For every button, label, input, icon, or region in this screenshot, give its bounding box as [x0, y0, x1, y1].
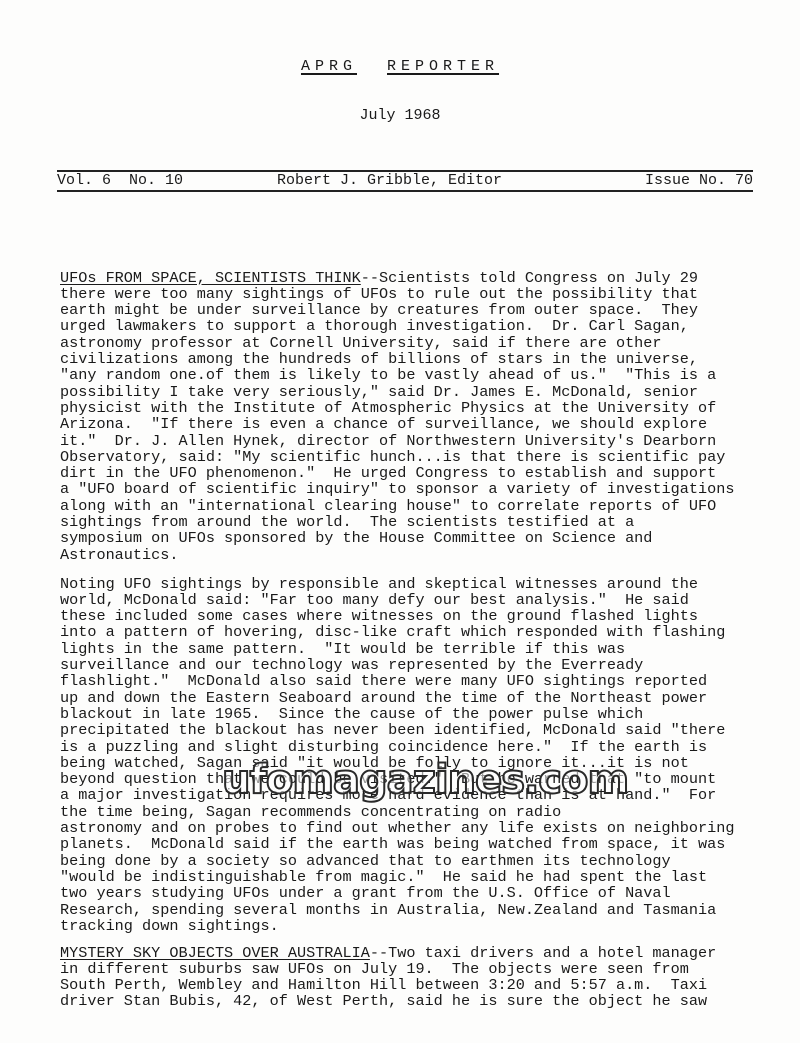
- text-line: "any random one.of them is likely to be …: [60, 366, 716, 384]
- text-line: being done by a society so advanced that…: [60, 852, 671, 870]
- text-line: dirt in the UFO phenomenon." He urged Co…: [60, 464, 716, 482]
- article-paragraph: UFOs FROM SPACE, SCIENTISTS THINK--Scien…: [60, 270, 780, 563]
- text-line: blackout in late 1965. Since the cause o…: [60, 705, 643, 723]
- volume-number: Vol. 6 No. 10: [57, 172, 183, 190]
- text-line: up and down the Eastern Seaboard around …: [60, 689, 707, 707]
- text-line: it." Dr. J. Allen Hynek, director of Nor…: [60, 432, 716, 450]
- text-line: world, McDonald said: "Far too many defy…: [60, 591, 689, 609]
- article-paragraph: MYSTERY SKY OBJECTS OVER AUSTRALIA--Two …: [60, 945, 780, 1010]
- issue-date: July 1968: [0, 107, 800, 124]
- text-line: --Scientists told Congress on July 29: [361, 269, 698, 287]
- article-ufos-from-space-continued: Noting UFO sightings by responsible and …: [60, 543, 780, 967]
- masthead-title-reporter: REPORTER: [387, 58, 499, 75]
- text-line: being watched, Sagan said "it would be f…: [60, 754, 689, 772]
- article-headline: MYSTERY SKY OBJECTS OVER AUSTRALIA: [60, 944, 370, 962]
- text-line: these included some cases where witnesse…: [60, 607, 698, 625]
- article-paragraph: Noting UFO sightings by responsible and …: [60, 576, 780, 935]
- text-line: into a pattern of hovering, disc-like cr…: [60, 623, 725, 641]
- text-line: Arizona. "If there is even a chance of s…: [60, 415, 707, 433]
- article-mystery-sky-objects: MYSTERY SKY OBJECTS OVER AUSTRALIA--Two …: [60, 912, 780, 1042]
- article-headline: UFOs FROM SPACE, SCIENTISTS THINK: [60, 269, 361, 287]
- text-line: civilizations among the hundreds of bill…: [60, 350, 698, 368]
- issue-number: Issue No. 70: [645, 172, 753, 190]
- text-line: Observatory, said: "My scientific hunch.…: [60, 448, 725, 466]
- text-line: a "UFO board of scientific inquiry" to s…: [60, 480, 734, 498]
- text-line: astronomy and on probes to find out whet…: [60, 819, 734, 837]
- text-line: is a puzzling and slight disturbing coin…: [60, 738, 707, 756]
- text-line: two years studying UFOs under a grant fr…: [60, 884, 671, 902]
- masthead-title: APRGREPORTER: [0, 58, 800, 75]
- text-line: surveillance and our technology was repr…: [60, 656, 643, 674]
- text-line: lights in the same pattern. "It would be…: [60, 640, 625, 658]
- text-line: sightings from around the world. The sci…: [60, 513, 634, 531]
- text-line: earth might be under surveillance by cre…: [60, 301, 698, 319]
- text-line: the time being, Sagan recommends concent…: [60, 803, 561, 821]
- text-line: along with an "international clearing ho…: [60, 497, 716, 515]
- text-line: flashlight." McDonald also said there we…: [60, 672, 707, 690]
- text-line: precipitated the blackout has never been…: [60, 721, 725, 739]
- editor-name: Robert J. Gribble, Editor: [277, 172, 502, 190]
- text-line: "would be indistinguishable from magic."…: [60, 868, 707, 886]
- text-line: --Two taxi drivers and a hotel manager: [370, 944, 716, 962]
- newsletter-page: APRGREPORTER July 1968 Vol. 6 No. 10 Rob…: [0, 0, 800, 1043]
- text-line: a major investigation requires more hard…: [60, 786, 716, 804]
- text-line: in different suburbs saw UFOs on July 19…: [60, 960, 689, 978]
- text-line: physicist with the Institute of Atmosphe…: [60, 399, 716, 417]
- info-bar: Vol. 6 No. 10 Robert J. Gribble, Editor …: [57, 170, 753, 192]
- text-line: South Perth, Wembley and Hamilton Hill b…: [60, 976, 707, 994]
- text-line: urged lawmakers to support a thorough in…: [60, 317, 689, 335]
- text-line: Noting UFO sightings by responsible and …: [60, 575, 698, 593]
- article-ufos-from-space: UFOs FROM SPACE, SCIENTISTS THINK--Scien…: [60, 237, 780, 596]
- text-line: there were too many sightings of UFOs to…: [60, 285, 698, 303]
- text-line: beyond question that we could be visited…: [60, 770, 716, 788]
- text-line: planets. McDonald said if the earth was …: [60, 835, 725, 853]
- masthead-title-aprg: APRG: [301, 58, 357, 75]
- text-line: driver Stan Bubis, 42, of West Perth, sa…: [60, 992, 707, 1010]
- text-line: possibility I take very seriously," said…: [60, 383, 698, 401]
- text-line: astronomy professor at Cornell Universit…: [60, 334, 662, 352]
